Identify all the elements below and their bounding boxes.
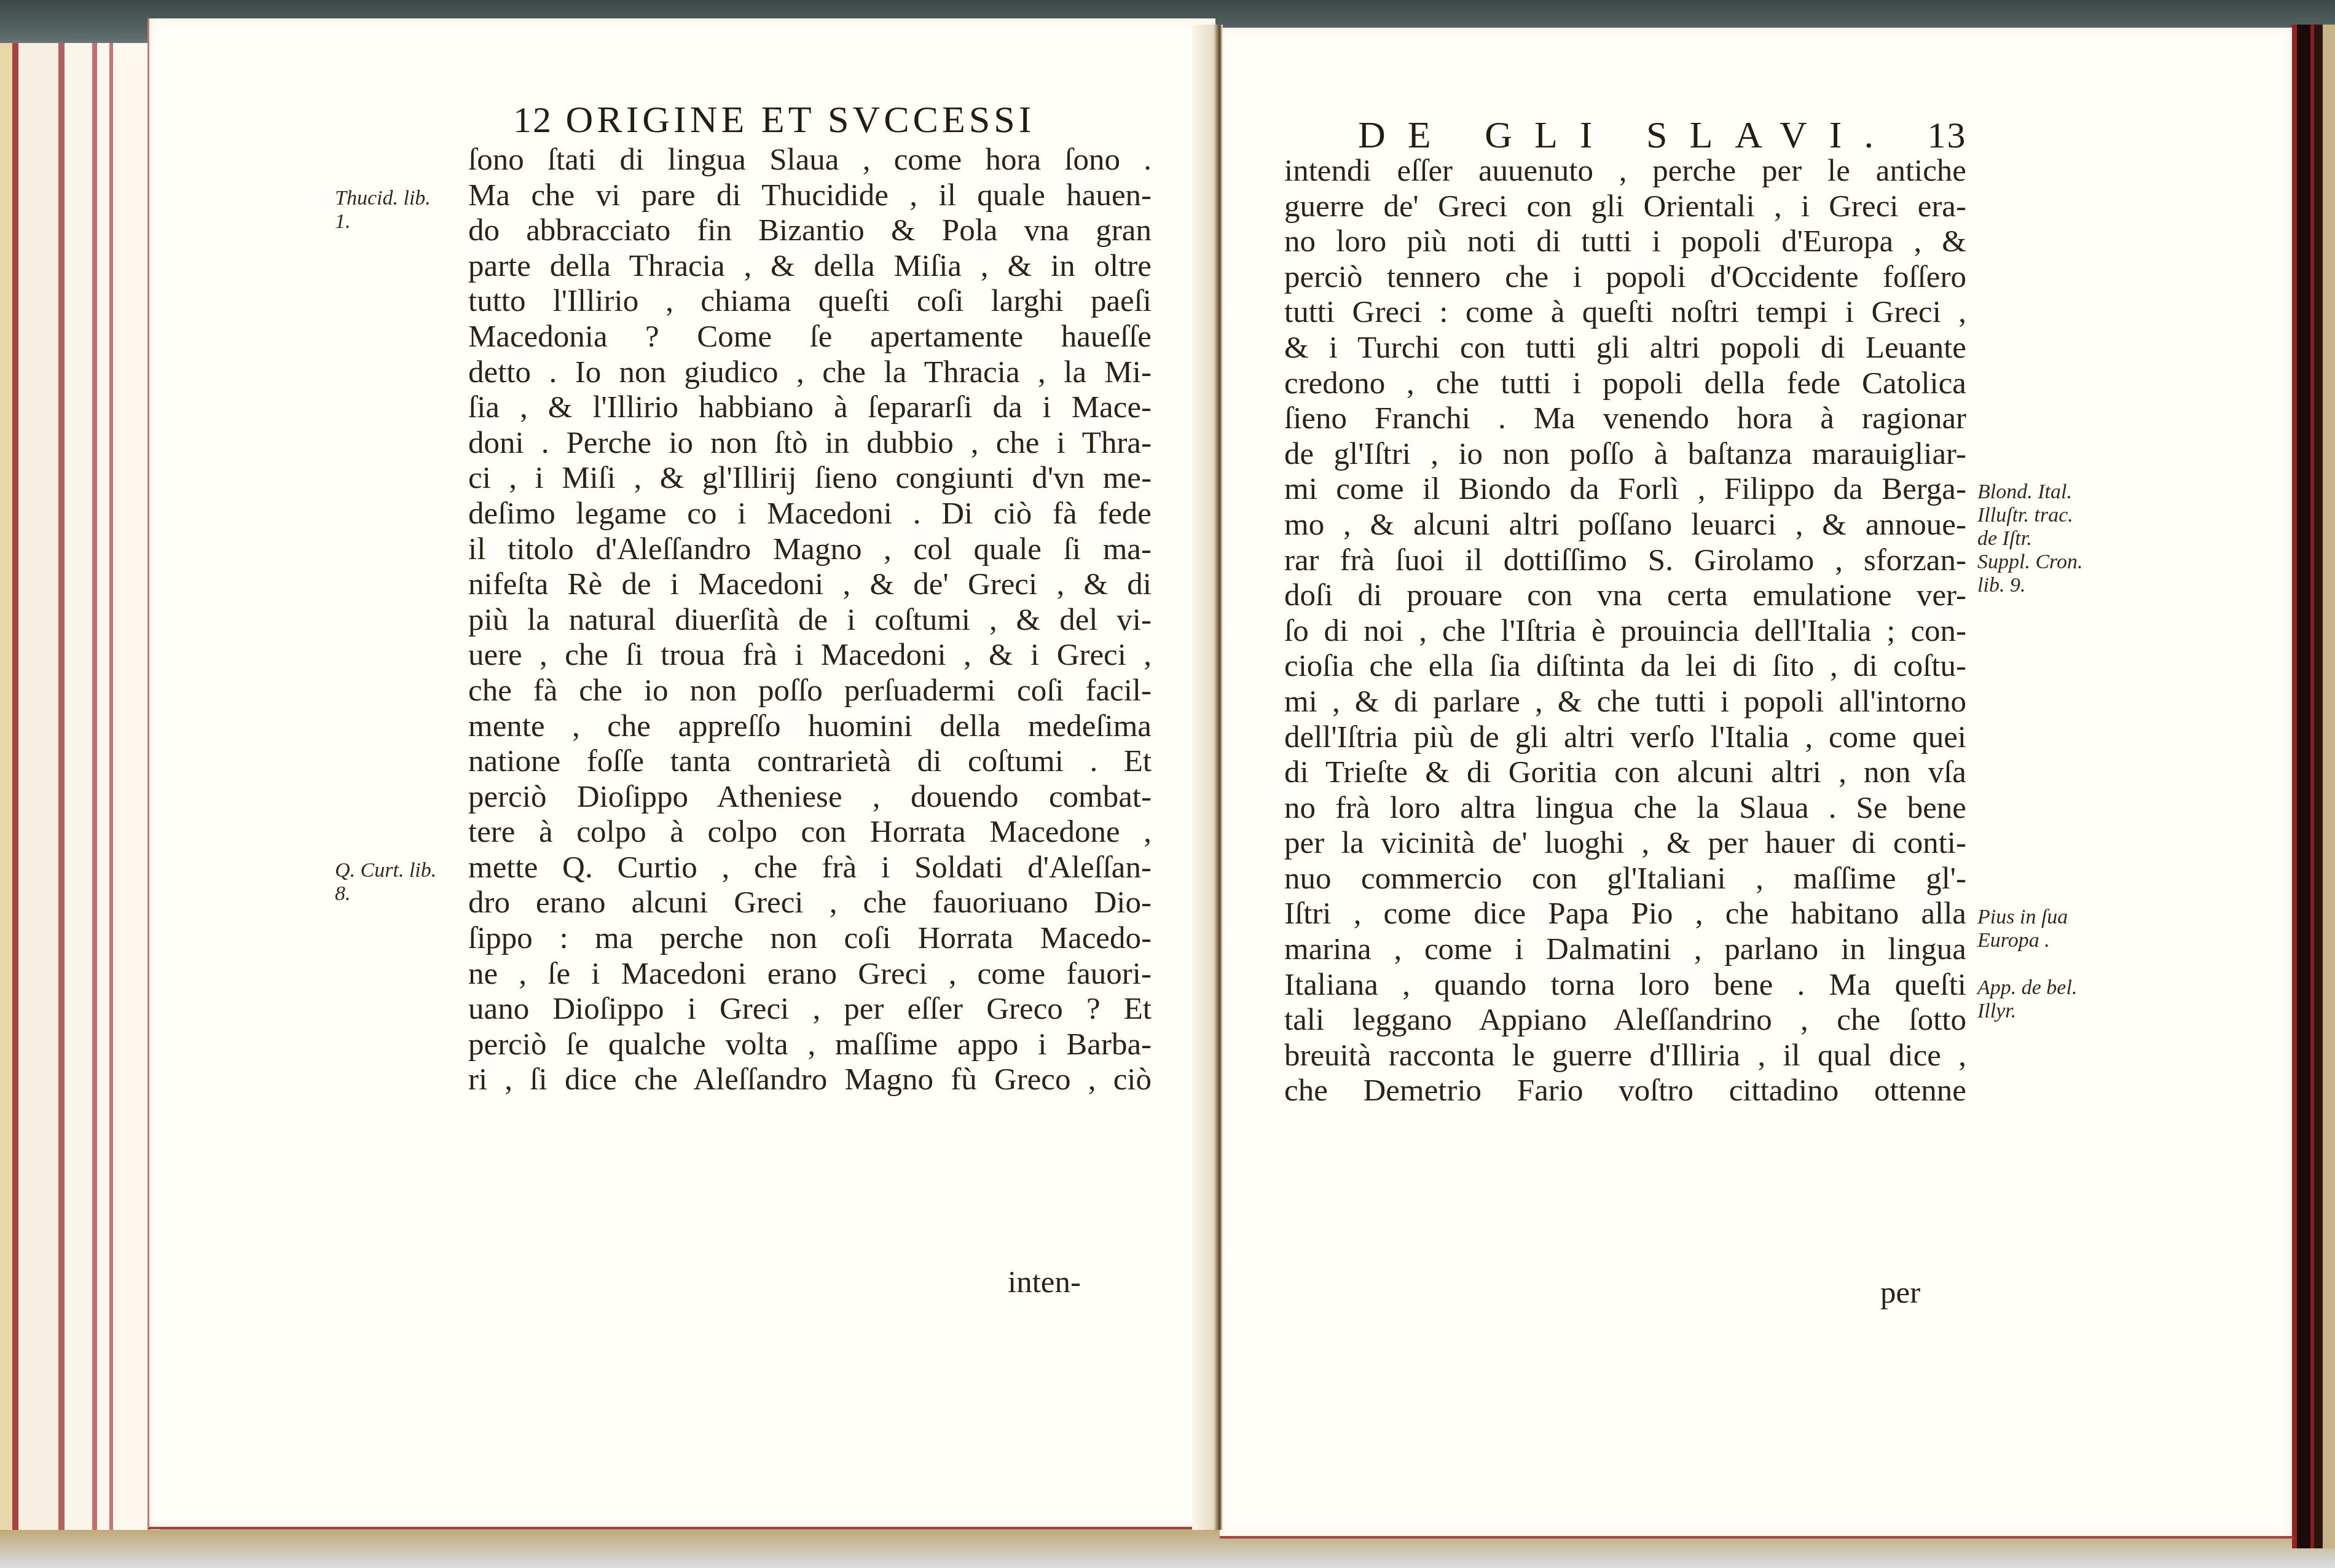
left-body-text: ſono ſtati di lingua Slaua , come hora ſ… bbox=[468, 143, 1152, 1098]
text-line: ri , ſi dice che Aleſſandro Magno fù Gre… bbox=[468, 1062, 1152, 1098]
text-line: dro erano alcuni Greci , che fauoriuano … bbox=[468, 885, 1152, 921]
text-line: ſo di noi , che l'Iſtria è prouincia del… bbox=[1284, 614, 1966, 649]
text-line: parte della Thracia , & della Miſia , & … bbox=[468, 249, 1152, 284]
text-line: cioſia che ella ſia diſtinta da lei di ſ… bbox=[1284, 649, 1966, 684]
text-line: de gl'Iſtri , io non poſſo à baſtanza ma… bbox=[1284, 437, 1966, 472]
text-line: no loro più noti di tutti i popoli d'Eur… bbox=[1284, 224, 1966, 260]
text-line: doſi di prouare con vna certa emulatione… bbox=[1284, 578, 1966, 614]
text-line: uere , che ſi troua frà i Macedoni , & i… bbox=[468, 638, 1152, 673]
text-line: per la vicinità de' luoghi , & per hauer… bbox=[1284, 826, 1966, 861]
text-line: tere à colpo à colpo con Horrata Macedon… bbox=[468, 815, 1152, 850]
text-line: Iſtri , come dice Papa Pio , che habitan… bbox=[1284, 896, 1966, 932]
right-body-text: intendi eſſer auuenuto , perche per le a… bbox=[1284, 154, 1966, 1109]
text-line: mi come il Biondo da Forlì , Filippo da … bbox=[1284, 472, 1966, 508]
right-running-head: DE GLI SLAVI. 13 bbox=[1358, 114, 1967, 157]
left-running-title: ORIGINE ET SVCCESSI bbox=[566, 99, 1035, 141]
text-line: ci , i Miſi , & gl'Illirij ſieno congiun… bbox=[468, 461, 1152, 496]
right-fore-edge bbox=[2292, 25, 2335, 1548]
left-page-edges bbox=[0, 43, 160, 1530]
text-line: deſimo legame co i Macedoni . Di ciò fà … bbox=[468, 496, 1152, 532]
book-gutter bbox=[1192, 25, 1223, 1530]
text-line: ſieno Franchi . Ma venendo hora à ragion… bbox=[1284, 401, 1966, 437]
text-line: rar frà ſuoi il dottiſſimo S. Girolamo ,… bbox=[1284, 543, 1966, 579]
text-line: più la natural diuerſità de i coſtumi , … bbox=[468, 603, 1152, 638]
marginal-note-line: Q. Curt. lib. bbox=[335, 859, 436, 882]
text-line: detto . Io non giudico , che la Thracia … bbox=[468, 355, 1152, 391]
marginal-note: App. de bel.Illyr. bbox=[1977, 976, 2077, 1023]
left-page-number: 12 bbox=[513, 100, 552, 140]
text-line: perciò tennero che i popoli d'Occidente … bbox=[1284, 260, 1966, 296]
text-line: tali leggano Appiano Aleſſandrino , che … bbox=[1284, 1003, 1966, 1038]
marginal-note-line: Europa . bbox=[1977, 929, 2068, 952]
text-line: tutti Greci : come à queſti noſtri tempi… bbox=[1284, 295, 1966, 331]
text-line: che fà che io non poſſo perſuadermi coſi… bbox=[468, 673, 1152, 709]
text-line: Macedonia ? Come ſe apertamente haueſſe bbox=[468, 319, 1152, 355]
text-line: perciò ſe qualche volta , maſſime appo i… bbox=[468, 1027, 1152, 1063]
text-line: do abbracciato fin Bizantio & Pola vna g… bbox=[468, 213, 1152, 249]
text-line: di Trieſte & di Goritia con alcuni altri… bbox=[1284, 755, 1966, 791]
marginal-note-line: lib. 9. bbox=[1977, 574, 2083, 597]
text-line: nuo commercio con gl'Italiani , maſſime … bbox=[1284, 861, 1966, 897]
text-line: ne , ſe i Macedoni erano Greci , come fa… bbox=[468, 957, 1152, 992]
text-line: natione foſſe tanta contrarietà di coſtu… bbox=[468, 744, 1152, 780]
text-line: dell'Iſtria più de gli altri verſo l'Ita… bbox=[1284, 720, 1966, 756]
marginal-note: Pius in ſuaEuropa . bbox=[1977, 906, 2068, 952]
marginal-note-line: App. de bel. bbox=[1977, 976, 2077, 1000]
marginal-note-line: 1. bbox=[335, 210, 431, 233]
marginal-note-line: 8. bbox=[335, 882, 436, 906]
text-line: marina , come i Dalmatini , parlano in l… bbox=[1284, 932, 1966, 968]
text-line: ſono ſtati di lingua Slaua , come hora ſ… bbox=[468, 143, 1152, 178]
text-line: mo , & alcuni altri poſſano leuarci , & … bbox=[1284, 508, 1966, 543]
marginal-note-line: Blond. Ital. bbox=[1977, 480, 2083, 504]
text-line: mette Q. Curtio , che frà i Soldati d'Al… bbox=[468, 850, 1152, 886]
text-line: Italiana , quando torna loro bene . Ma q… bbox=[1284, 968, 1966, 1003]
marginal-note-line: Suppl. Cron. bbox=[1977, 551, 2083, 574]
text-line: & i Turchi con tutti gli altri popoli di… bbox=[1284, 331, 1966, 366]
text-line: il titolo d'Aleſſandro Magno , col quale… bbox=[468, 532, 1152, 568]
marginal-note-line: Illyr. bbox=[1977, 1000, 2077, 1023]
text-line: doni . Perche io non ſtò in dubbio , che… bbox=[468, 426, 1152, 461]
text-line: che Demetrio Fario voſtro cittadino otte… bbox=[1284, 1073, 1966, 1109]
text-line: ſippo : ma perche non coſi Horrata Maced… bbox=[468, 921, 1152, 957]
text-line: no frà loro altra lingua che la Slaua . … bbox=[1284, 791, 1966, 826]
text-line: ſia , & l'Illirio habbiano à ſepararſi d… bbox=[468, 390, 1152, 426]
text-line: uano Dioſippo i Greci , per eſſer Greco … bbox=[468, 992, 1152, 1027]
text-line: nifeſta Rè de i Macedoni , & de' Greci ,… bbox=[468, 567, 1152, 603]
text-line: mi , & di parlare , & che tutti i popoli… bbox=[1284, 684, 1966, 720]
marginal-note-line: Pius in ſua bbox=[1977, 906, 2068, 929]
right-page-number: 13 bbox=[1928, 115, 1967, 155]
text-line: Ma che vi pare di Thucidide , il quale h… bbox=[468, 178, 1152, 214]
text-line: perciò Dioſippo Atheniese , douendo comb… bbox=[468, 780, 1152, 815]
text-line: guerre de' Greci con gli Orientali , i G… bbox=[1284, 189, 1966, 225]
text-line: breuità racconta le guerre d'Illiria , i… bbox=[1284, 1038, 1966, 1074]
marginal-note: Blond. Ital.Illuſtr. trac.de Iſtr.Suppl.… bbox=[1977, 480, 2083, 597]
left-running-head: 12 ORIGINE ET SVCCESSI bbox=[513, 98, 1035, 141]
marginal-note: Q. Curt. lib.8. bbox=[335, 859, 436, 906]
marginal-note-line: de Iſtr. bbox=[1977, 527, 2083, 551]
text-line: credono , che tutti i popoli della fede … bbox=[1284, 366, 1966, 402]
text-line: mente , che appreſſo huomini della medeſ… bbox=[468, 709, 1152, 745]
marginal-note-line: Thucid. lib. bbox=[335, 187, 431, 210]
right-running-title: DE GLI SLAVI. bbox=[1358, 114, 1896, 156]
text-line: tutto l'Illirio , chiama queſti coſi lar… bbox=[468, 284, 1152, 319]
marginal-note: Thucid. lib.1. bbox=[335, 187, 431, 233]
right-catchword: per bbox=[1880, 1275, 1920, 1311]
marginal-note-line: Illuſtr. trac. bbox=[1977, 504, 2083, 527]
left-catchword: inten- bbox=[1008, 1264, 1081, 1300]
text-line: intendi eſſer auuenuto , perche per le a… bbox=[1284, 154, 1966, 189]
